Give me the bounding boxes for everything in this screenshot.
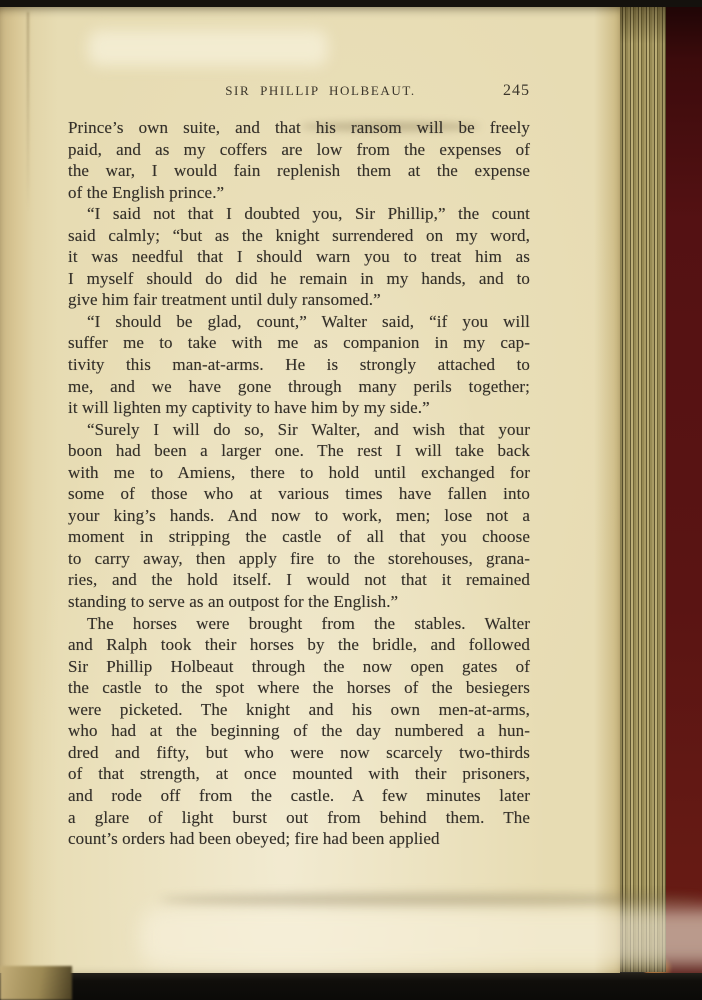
page-number: 245 — [503, 82, 530, 100]
text-line: “I should be glad, count,” Walter said, … — [68, 311, 530, 333]
paragraph: “Surely I will do so, Sir Walter, and wi… — [68, 419, 530, 613]
paper-highlight-top — [88, 30, 328, 66]
text-line: the castle to the spot where the horses … — [68, 677, 530, 699]
text-line: give him fair treatment until duly ranso… — [68, 289, 530, 311]
paragraph: The horses were brought from the stables… — [68, 613, 530, 850]
text-line: said calmly; “but as the knight surrende… — [68, 225, 530, 247]
scan-border-top — [0, 0, 702, 7]
text-line: boon had been a larger one. The rest I w… — [68, 440, 530, 462]
text-line: paid, and as my coffers are low from the… — [68, 139, 530, 161]
text-line: “I said not that I doubted you, Sir Phil… — [68, 203, 530, 225]
text-line: to carry away, then apply fire to the st… — [68, 548, 530, 570]
text-line: the war, I would fain replenish them at … — [68, 160, 530, 182]
text-line: dred and fifty, but who were now scarcel… — [68, 742, 530, 764]
text-block: Prince’s own suite, and that his ransom … — [68, 117, 530, 850]
paragraph: Prince’s own suite, and that his ransom … — [68, 117, 530, 203]
scanned-book-page: SIR PHILLIP HOLBEAUT. 245 Prince’s own s… — [0, 0, 702, 1000]
text-line: moment in stripping the castle of all th… — [68, 526, 530, 548]
stacked-page-edges — [618, 4, 666, 972]
paper-highlight-bottom — [140, 908, 702, 966]
page-crease — [27, 12, 29, 212]
text-line: your king’s hands. And now to work, men;… — [68, 505, 530, 527]
text-line: it was needful that I should warn you to… — [68, 246, 530, 268]
text-line: who had at the beginning of the day numb… — [68, 720, 530, 742]
text-line: and Ralph took their horses by the bridl… — [68, 634, 530, 656]
text-line: ries, and the hold itself. I would not t… — [68, 569, 530, 591]
text-line: Sir Phillip Holbeaut through the now ope… — [68, 656, 530, 678]
text-line: with me to Amiens, there to hold until e… — [68, 462, 530, 484]
scan-border-bottom — [0, 973, 702, 1000]
text-line: count’s orders had been obeyed; fire had… — [68, 828, 530, 850]
text-line: a glare of light burst out from behind t… — [68, 807, 530, 829]
text-line: me, and we have gone through many perils… — [68, 376, 530, 398]
text-line: and rode off from the castle. A few minu… — [68, 785, 530, 807]
text-line: of the English prince.” — [68, 182, 530, 204]
text-line: of that strength, at once mounted with t… — [68, 763, 530, 785]
text-line: some of those who at various times have … — [68, 483, 530, 505]
page-header: SIR PHILLIP HOLBEAUT. 245 — [68, 82, 530, 102]
text-line: I myself should do did he remain in my h… — [68, 268, 530, 290]
text-line: suffer me to take with me as companion i… — [68, 332, 530, 354]
page-content: SIR PHILLIP HOLBEAUT. 245 Prince’s own s… — [68, 82, 530, 850]
text-line: Prince’s own suite, and that his ransom … — [68, 117, 530, 139]
under-page-corner — [0, 966, 72, 1000]
paragraph: “I said not that I doubted you, Sir Phil… — [68, 203, 530, 311]
running-title: SIR PHILLIP HOLBEAUT. — [68, 83, 503, 99]
text-line: tivity this man-at-arms. He is strongly … — [68, 354, 530, 376]
paper-shadow-bottom — [160, 894, 700, 907]
text-line: The horses were brought from the stables… — [68, 613, 530, 635]
text-line: “Surely I will do so, Sir Walter, and wi… — [68, 419, 530, 441]
text-line: it will lighten my captivity to have him… — [68, 397, 530, 419]
text-line: were picketed. The knight and his own me… — [68, 699, 530, 721]
paragraph: “I should be glad, count,” Walter said, … — [68, 311, 530, 419]
text-line: standing to serve as an outpost for the … — [68, 591, 530, 613]
